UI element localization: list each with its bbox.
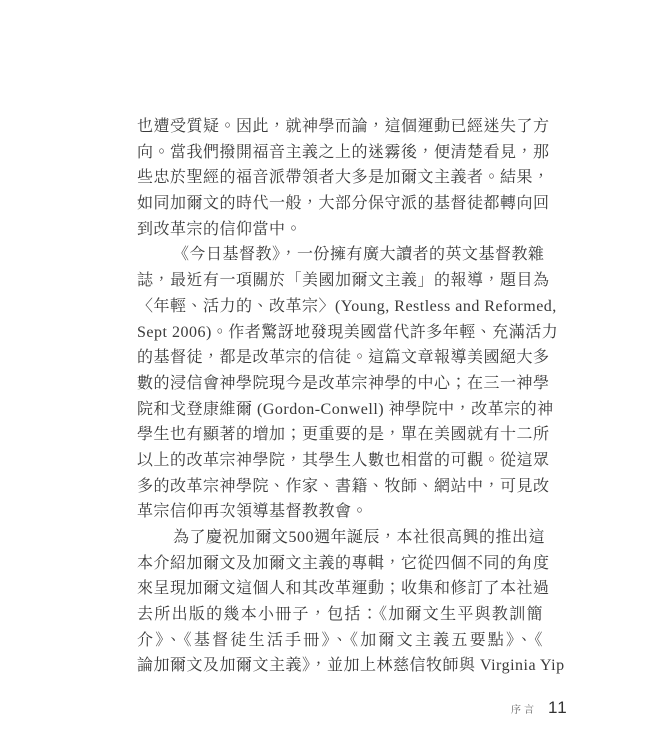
text-line: 《今日基督教》，一份擁有廣大讀者的英文基督教雜 — [137, 242, 543, 268]
text-line: 如同加爾文的時代一般，大部分保守派的基督徒都轉向回 — [137, 191, 543, 217]
text-line: 本介紹加爾文及加爾文主義的專輯，它從四個不同的角度 — [137, 551, 543, 577]
text-line: Sept 2006)。作者驚訝地發現美國當代許多年輕、充滿活力 — [137, 320, 543, 346]
text-line: 院和戈登康維爾 (Gordon-Conwell) 神學院中，改革宗的神 — [137, 397, 543, 423]
body-text: 也遭受質疑。因此，就神學而論，這個運動已經迷失了方向。當我們撥開福音主義之上的迷… — [137, 114, 543, 679]
page-number: 11 — [548, 698, 568, 718]
text-line: 學生也有顯著的增加；更重要的是，單在美國就有十二所 — [137, 422, 543, 448]
text-line: 去所出版的幾本小冊子，包括：《加爾文生平與教訓簡 — [137, 602, 543, 628]
text-line: 〈年輕、活力的、改革宗〉(Young, Restless and Reforme… — [137, 294, 543, 320]
text-line: 介》、《基督徒生活手冊》、《加爾文主義五要點》、《 — [137, 628, 543, 654]
text-line: 論加爾文及加爾文主義》，並加上林慈信牧師與 Virginia Yip — [137, 653, 543, 679]
text-line: 數的浸信會神學院現今是改革宗神學的中心；在三一神學 — [137, 371, 543, 397]
section-label: 序言 — [511, 701, 537, 716]
text-line: 革宗信仰再次領導基督教教會。 — [137, 499, 543, 525]
text-line: 到改革宗的信仰當中。 — [137, 217, 543, 243]
text-line: 的基督徒，都是改革宗的信徒。這篇文章報導美國絕大多 — [137, 345, 543, 371]
text-line: 誌，最近有一項關於「美國加爾文主義」的報導，題目為 — [137, 268, 543, 294]
book-page: 也遭受質疑。因此，就神學而論，這個運動已經迷失了方向。當我們撥開福音主義之上的迷… — [0, 0, 650, 750]
text-line: 些忠於聖經的福音派帶領者大多是加爾文主義者。結果， — [137, 165, 543, 191]
text-line: 向。當我們撥開福音主義之上的迷霧後，便清楚看見，那 — [137, 140, 543, 166]
page-footer: 序言 11 — [511, 698, 568, 718]
text-line: 多的改革宗神學院、作家、書籍、牧師、網站中，可見改 — [137, 474, 543, 500]
text-line: 為了慶祝加爾文500週年誕辰，本社很高興的推出這 — [137, 525, 543, 551]
text-line: 以上的改革宗神學院，其學生人數也相當的可觀。從這眾 — [137, 448, 543, 474]
text-line: 也遭受質疑。因此，就神學而論，這個運動已經迷失了方 — [137, 114, 543, 140]
text-line: 來呈現加爾文這個人和其改革運動；收集和修訂了本社過 — [137, 576, 543, 602]
